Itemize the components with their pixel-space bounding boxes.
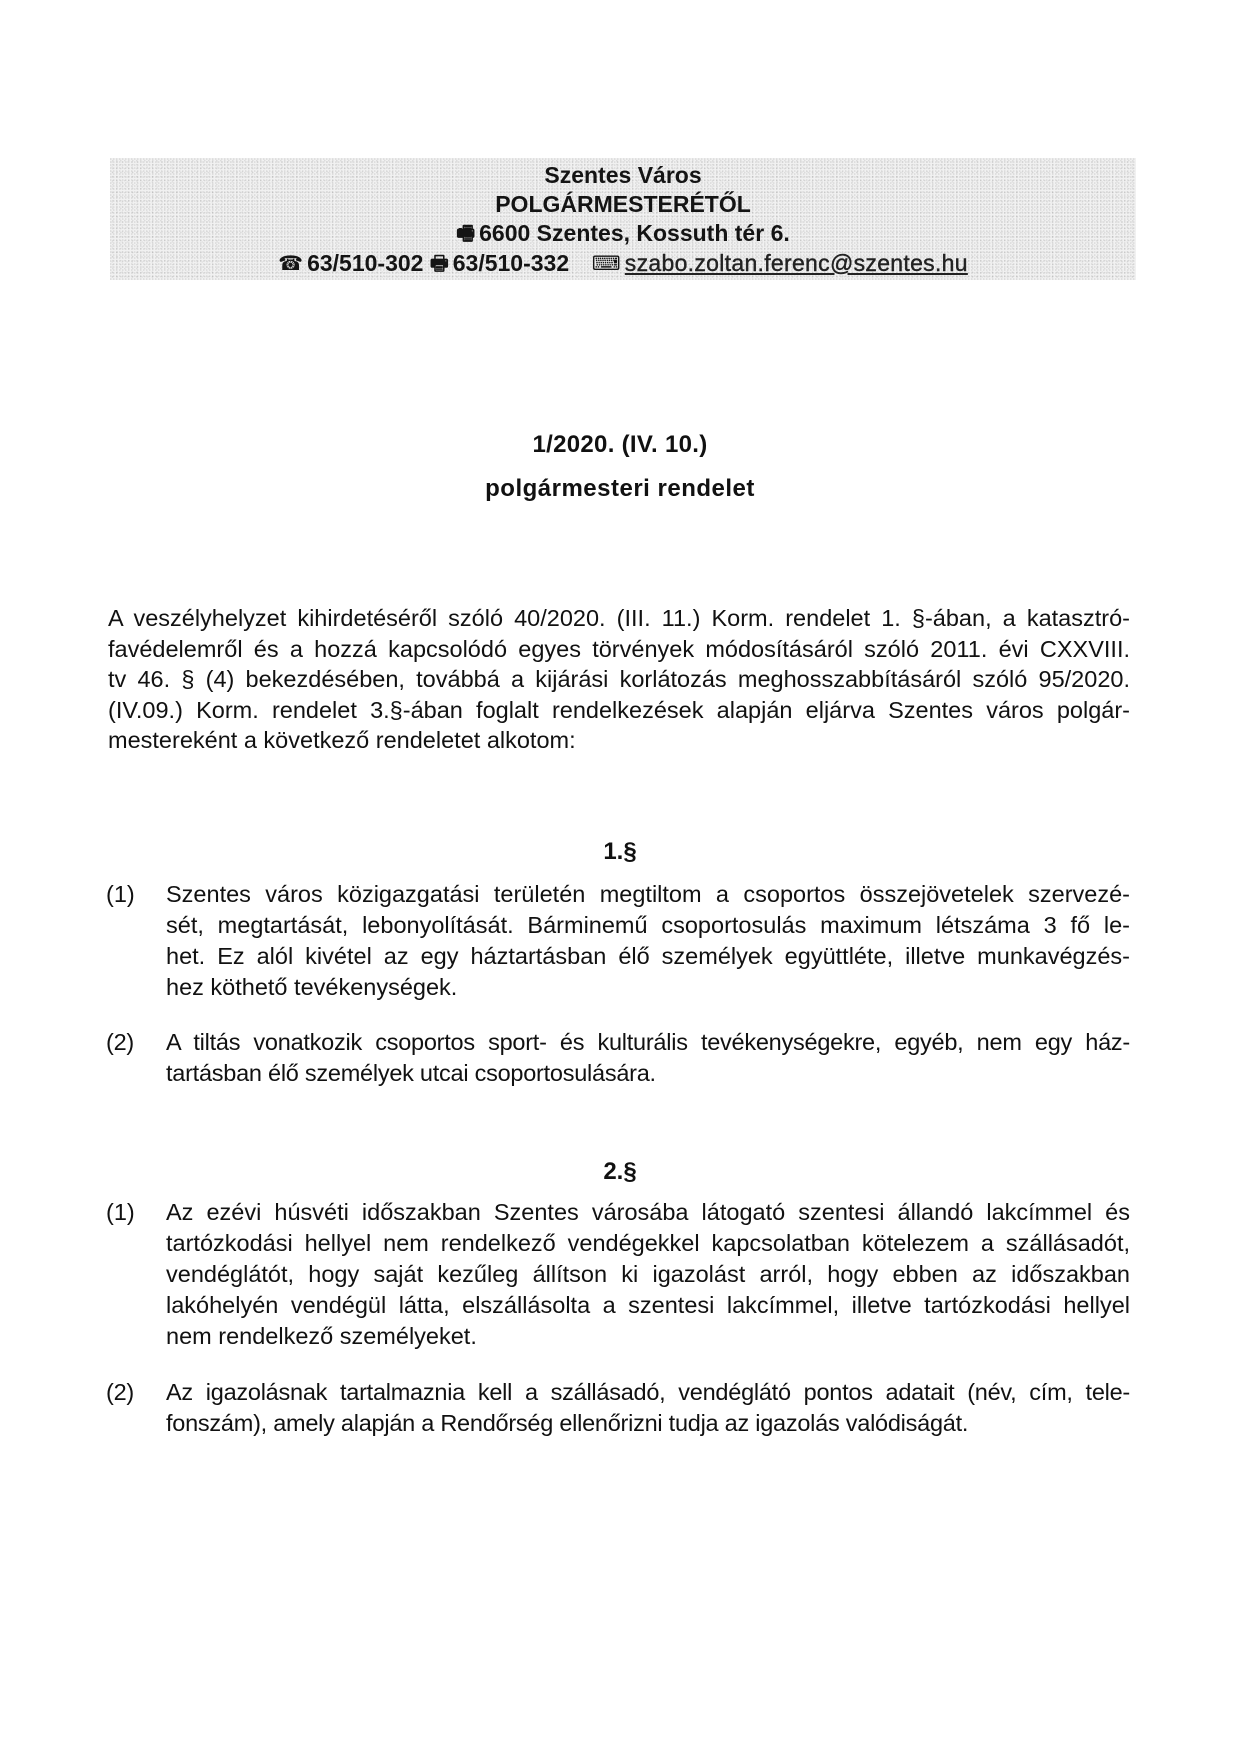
section-1-paragraph-1: (1) Szentes város közigazgatási területé… <box>106 879 1130 1003</box>
preamble-line: favédelemről és a hozzá kapcsolódó egyes… <box>108 634 1130 665</box>
letterhead: Szentes Város POLGÁRMESTERÉTŐL 🖷6600 Sze… <box>110 158 1136 280</box>
fax-icon: 🖶 <box>430 250 449 279</box>
paragraph-line: het. Ez alól kivétel az egy háztartásban… <box>166 941 1130 972</box>
document-number: 1/2020. (IV. 10.) <box>0 430 1240 460</box>
mailbox-icon: 🖷 <box>456 220 475 249</box>
paragraph-line: vendéglátót, hogy saját kezűleg állítson… <box>166 1259 1130 1290</box>
paragraph-body: A tiltás vonatkozik csoportos sport- és … <box>166 1027 1130 1089</box>
preamble-line: A veszélyhelyzet kihirdetéséről szóló 40… <box>108 603 1130 634</box>
letterhead-address: 6600 Szentes, Kossuth tér 6. <box>479 220 790 246</box>
paragraph-line: tartózkodási hellyel nem rendelkező vend… <box>166 1228 1130 1259</box>
paragraph-line: tartásban élő személyek utcai csoportosu… <box>166 1058 1130 1089</box>
paragraph-line: fonszám), amely alapján a Rendőrség elle… <box>166 1408 1130 1439</box>
section-1-title: 1.§ <box>0 837 1240 867</box>
email-icon: ⌨ <box>592 250 621 279</box>
section-2-paragraph-2: (2) Az igazolásnak tartalmaznia kell a s… <box>106 1377 1130 1439</box>
section-2-paragraph-1: (1) Az ezévi húsvéti időszakban Szentes … <box>106 1197 1130 1352</box>
telephone-icon: ☎ <box>278 250 303 279</box>
paragraph-number: (2) <box>106 1377 156 1408</box>
paragraph-line: Szentes város közigazgatási területén me… <box>166 879 1130 910</box>
letterhead-contact-line: ☎63/510-302 🖶63/510-332 ⌨szabo.zoltan.fe… <box>110 249 1136 279</box>
preamble-line: mestereként a következő rendeletet alkot… <box>108 725 1130 756</box>
paragraph-body: Szentes város közigazgatási területén me… <box>166 879 1130 1003</box>
paragraph-number: (1) <box>106 1197 156 1228</box>
preamble: A veszélyhelyzet kihirdetéséről szóló 40… <box>108 603 1130 756</box>
paragraph-body: Az igazolásnak tartalmaznia kell a száll… <box>166 1377 1130 1439</box>
paragraph-line: lakóhelyén vendégül látta, elszállásolta… <box>166 1290 1130 1321</box>
letterhead-address-line: 🖷6600 Szentes, Kossuth tér 6. <box>110 219 1136 249</box>
letterhead-phone: 63/510-302 <box>307 250 423 276</box>
letterhead-city: Szentes Város <box>110 161 1136 190</box>
letterhead-email-link[interactable]: szabo.zoltan.ferenc@szentes.hu <box>625 250 968 276</box>
letterhead-office: POLGÁRMESTERÉTŐL <box>110 190 1136 219</box>
preamble-line: tv 46. § (4) bekezdésében, továbbá a kij… <box>108 664 1130 695</box>
section-1-paragraph-2: (2) A tiltás vonatkozik csoportos sport-… <box>106 1027 1130 1089</box>
paragraph-line: sét, megtartását, lebonyolítását. Bármin… <box>166 910 1130 941</box>
paragraph-number: (2) <box>106 1027 156 1058</box>
paragraph-body: Az ezévi húsvéti időszakban Szentes váro… <box>166 1197 1130 1352</box>
paragraph-line: nem rendelkező személyeket. <box>166 1321 1130 1352</box>
paragraph-line: Az igazolásnak tartalmaznia kell a száll… <box>166 1377 1130 1408</box>
paragraph-number: (1) <box>106 879 156 910</box>
paragraph-line: A tiltás vonatkozik csoportos sport- és … <box>166 1027 1130 1058</box>
preamble-line: (IV.09.) Korm. rendelet 3.§-ában foglalt… <box>108 695 1130 726</box>
paragraph-line: Az ezévi húsvéti időszakban Szentes váro… <box>166 1197 1130 1228</box>
document-type: polgármesteri rendelet <box>0 474 1240 504</box>
paragraph-line: hez köthető tevékenységek. <box>166 972 1130 1003</box>
letterhead-fax: 63/510-332 <box>453 250 569 276</box>
section-2-title: 2.§ <box>0 1157 1240 1187</box>
